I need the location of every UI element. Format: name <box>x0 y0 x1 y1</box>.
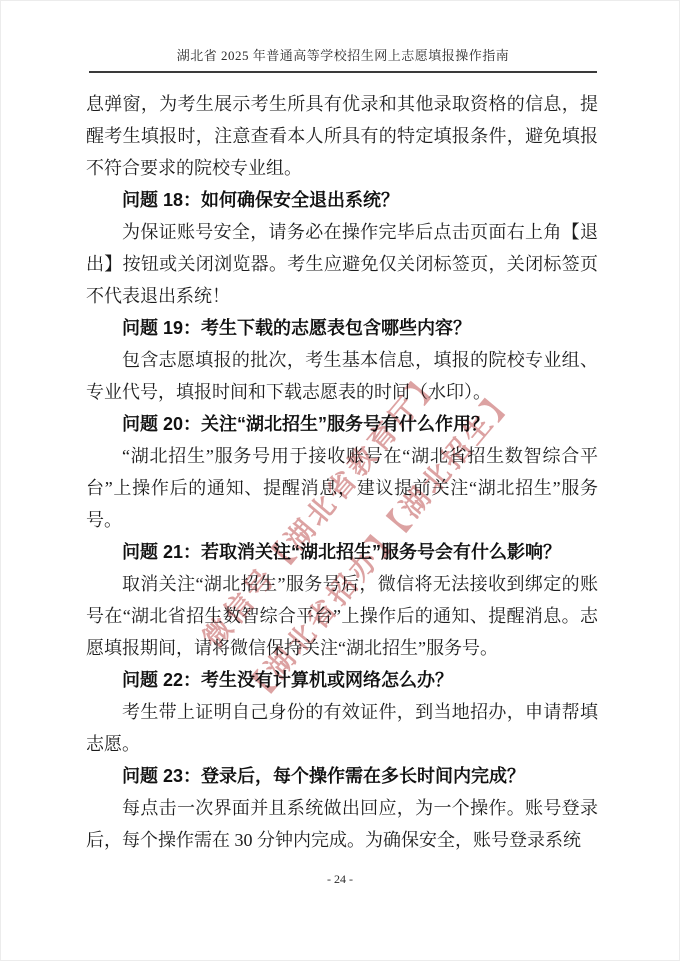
question-heading: 问题 23：登录后，每个操作需在多长时间内完成？ <box>86 760 598 792</box>
qa-item: 问题 21：若取消关注“湖北招生”服务号会有什么影响？取消关注“湖北招生”服务号… <box>86 536 598 664</box>
question-heading: 问题 19：考生下载的志愿表包含哪些内容？ <box>86 312 598 344</box>
qa-item: 问题 22：考生没有计算机或网络怎么办？考生带上证明自己身份的有效证件，到当地招… <box>86 664 598 760</box>
header-title: 湖北省 2025 年普通高等学校招生网上志愿填报操作指南 <box>89 45 597 73</box>
answer-paragraph: “湖北招生”服务号用于接收账号在“湖北省招生数智综合平台”上操作后的通知、提醒消… <box>86 440 598 536</box>
answer-paragraph: 为保证账号安全，请务必在操作完毕后点击页面右上角【退出】按钮或关闭浏览器。考生应… <box>86 216 598 312</box>
question-heading: 问题 20：关注“湖北招生”服务号有什么作用？ <box>86 408 598 440</box>
document-header: 湖北省 2025 年普通高等学校招生网上志愿填报操作指南 <box>89 45 597 73</box>
question-heading: 问题 21：若取消关注“湖北招生”服务号会有什么影响？ <box>86 536 598 568</box>
qa-item: 问题 19：考生下载的志愿表包含哪些内容？包含志愿填报的批次，考生基本信息，填报… <box>86 312 598 408</box>
qa-list: 问题 18：如何确保安全退出系统？为保证账号安全，请务必在操作完毕后点击页面右上… <box>86 184 598 856</box>
answer-paragraph: 包含志愿填报的批次，考生基本信息，填报的院校专业组、专业代号，填报时间和下载志愿… <box>86 344 598 408</box>
answer-paragraph: 考生带上证明自己身份的有效证件，到当地招办，申请帮填志愿。 <box>86 696 598 760</box>
qa-item: 问题 20：关注“湖北招生”服务号有什么作用？“湖北招生”服务号用于接收账号在“… <box>86 408 598 536</box>
answer-paragraph: 每点击一次界面并且系统做出回应，为一个操作。账号登录后，每个操作需在 30 分钟… <box>86 792 598 856</box>
question-heading: 问题 18：如何确保安全退出系统？ <box>86 184 598 216</box>
document-body: 息弹窗，为考生展示考生所具有优录和其他录取资格的信息，提醒考生填报时，注意查看本… <box>86 88 598 856</box>
page-number: - 24 - <box>1 872 679 887</box>
intro-paragraph: 息弹窗，为考生展示考生所具有优录和其他录取资格的信息，提醒考生填报时，注意查看本… <box>86 88 598 184</box>
qa-item: 问题 18：如何确保安全退出系统？为保证账号安全，请务必在操作完毕后点击页面右上… <box>86 184 598 312</box>
question-heading: 问题 22：考生没有计算机或网络怎么办？ <box>86 664 598 696</box>
answer-paragraph: 取消关注“湖北招生”服务号后，微信将无法接收到绑定的账号在“湖北省招生数智综合平… <box>86 568 598 664</box>
document-page: 湖北省 2025 年普通高等学校招生网上志愿填报操作指南 息弹窗，为考生展示考生… <box>0 0 680 961</box>
qa-item: 问题 23：登录后，每个操作需在多长时间内完成？每点击一次界面并且系统做出回应，… <box>86 760 598 856</box>
